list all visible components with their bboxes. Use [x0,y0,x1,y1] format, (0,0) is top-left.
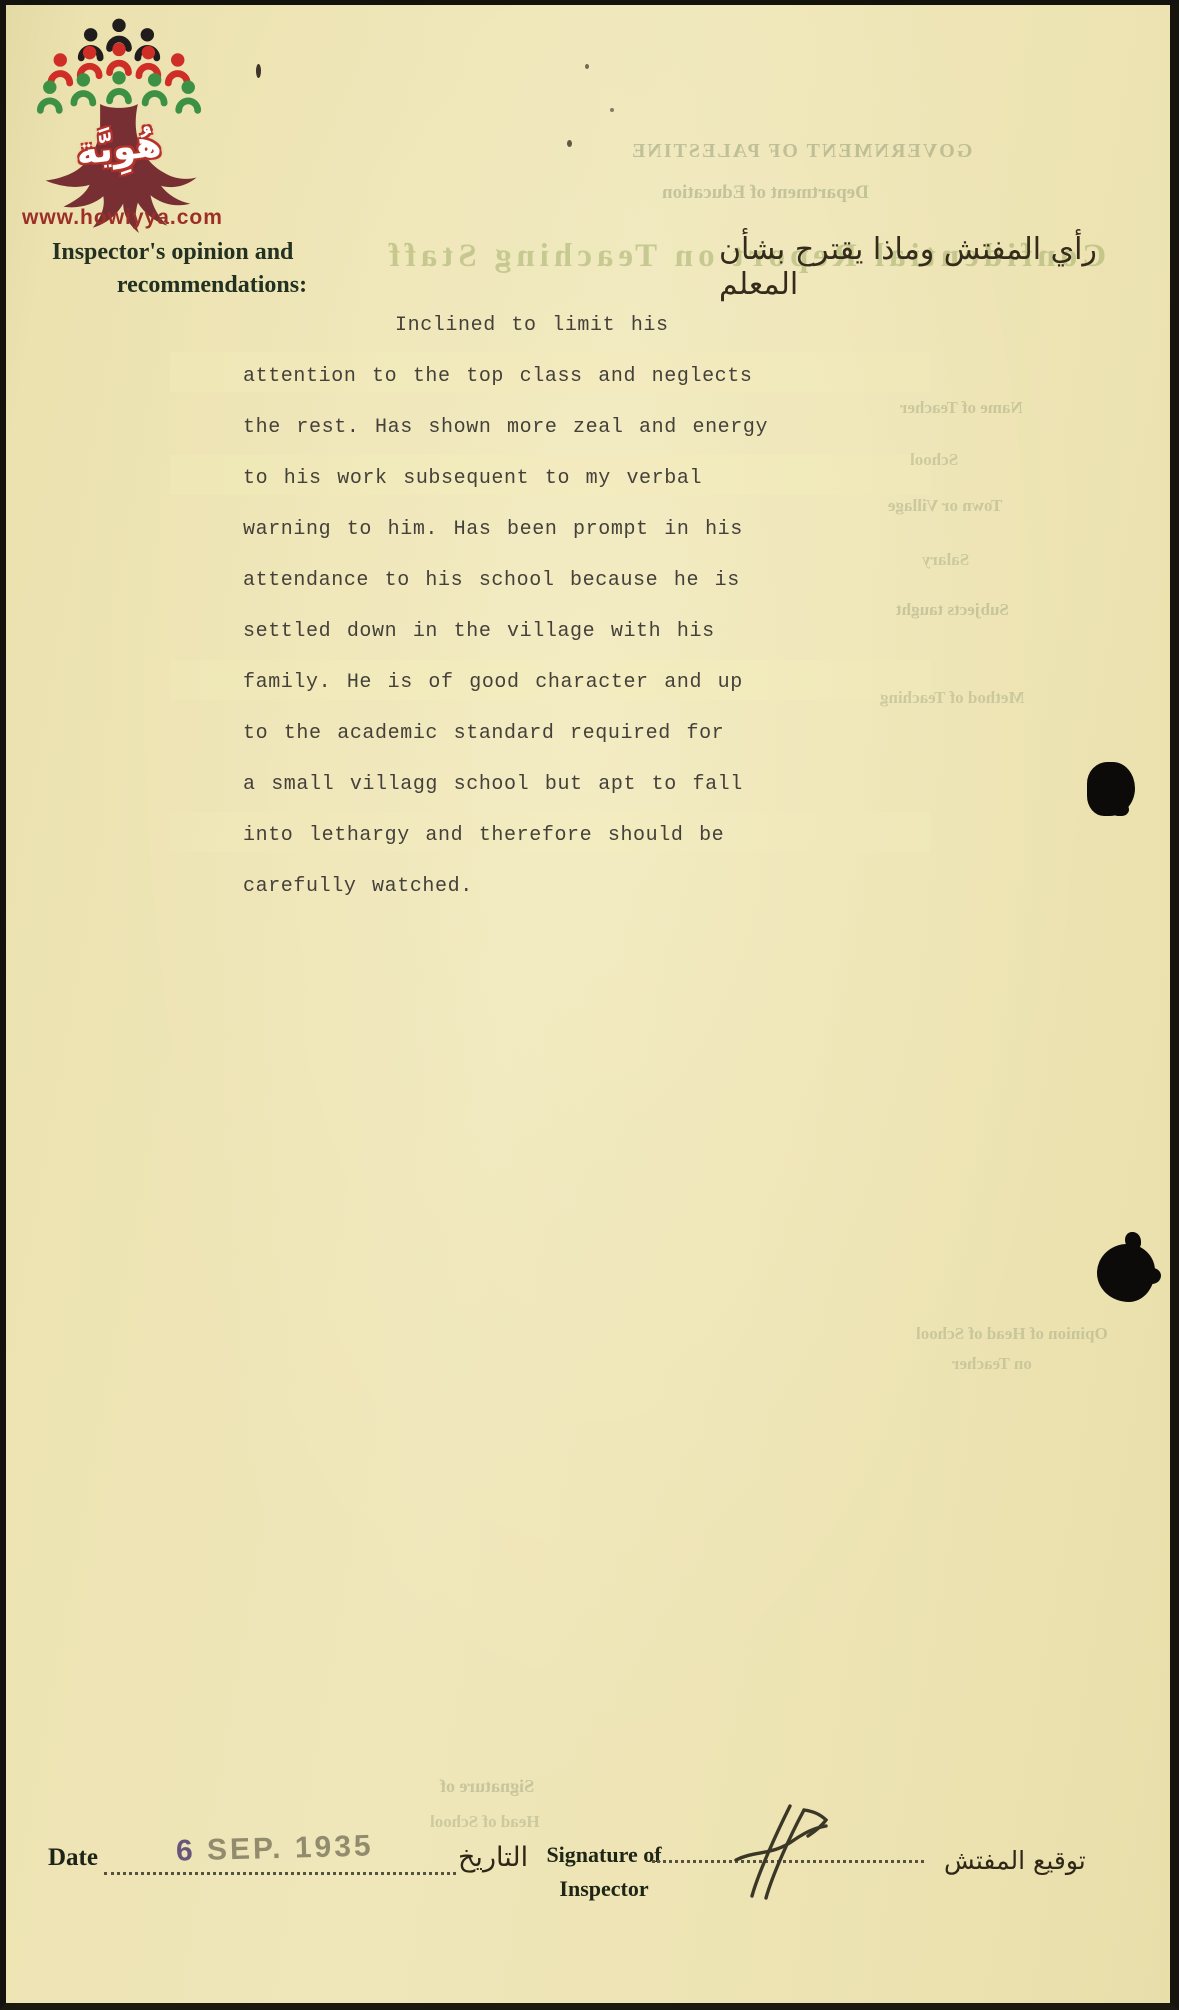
date-label: Date [48,1844,98,1872]
ghost-government-of-palestine: GOVERNMENT OF PALESTINE [630,140,972,163]
inspector-opinion-line1: Inspector's opinion and [52,236,372,269]
ghost-on-teacher: on Teacher [952,1354,1032,1374]
scan-speck [567,140,572,147]
scan-speck [585,64,589,69]
typed-line: settled down in the village with his [243,606,863,657]
ink-hole-mark-upper [1087,762,1135,816]
signature-label-line2: Inspector [536,1872,672,1906]
date-stamp-day: 6 [176,1834,197,1868]
signature-of-inspector-label-arabic: توقيع المفتش [944,1846,1086,1875]
date-stamp: 6 SEP. 1935 [176,1829,374,1868]
typed-line: warning to him. Has been prompt in his [243,504,863,555]
inspector-opinion-line2: recommendations: [52,269,372,302]
ghost-field-town-or-village: Town or Village [888,496,1002,516]
inspector-opinion-label-arabic: رأي المفتش وماذا يقترح بشأن المعلم [719,232,1139,302]
ghost-signature-of: Signature of [440,1776,534,1797]
date-label-arabic: التاريخ [458,1842,528,1873]
date-stamp-month-year: SEP. 1935 [207,1829,374,1866]
typed-line: Inclined to limit his [243,300,863,351]
inspector-opinion-label: Inspector's opinion and recommendations: [52,236,372,302]
inspector-signature-mark [716,1796,846,1906]
typed-line: attention to the top class and neglects [243,351,863,402]
typed-line: a small villagg school but apt to fall [243,759,863,810]
scan-speck [256,64,261,78]
ghost-field-name-of-teacher: Name of Teacher [900,398,1023,418]
ghost-field-school: School [910,450,958,470]
typed-line: the rest. Has shown more zeal and energy [243,402,863,453]
ghost-opinion-of-head: Opinion of Head of School [916,1324,1108,1344]
ghost-field-salary: Salary [922,550,969,570]
howiyya-watermark: هُوِيَّة www.howiyya.com [20,14,230,224]
ghost-field-method-of-teaching: Method of Teaching [880,688,1025,708]
typed-remarks: Inclined to limit his attention to the t… [243,300,863,912]
document-page: هُوِيَّة www.howiyya.com GOVERNMENT OF P… [0,0,1179,2010]
scan-speck [610,108,614,112]
typed-line: to the academic standard required for [243,708,863,759]
typed-line: carefully watched. [243,861,863,912]
ghost-department-of-education: Department of Education [662,182,869,204]
typed-line: into lethargy and therefore should be [243,810,863,861]
typed-line: to his work subsequent to my verbal [243,453,863,504]
date-dotted-line [104,1872,456,1875]
ink-hole-mark-lower [1097,1244,1155,1302]
typed-line: family. He is of good character and up [243,657,863,708]
signature-label-line1: Signature of [536,1838,672,1872]
ghost-head-of-school: Head of School [430,1812,540,1832]
signature-of-inspector-label: Signature of Inspector [536,1838,672,1906]
typed-line: attendance to his school because he is [243,555,863,606]
howiyya-url: www.howiyya.com [22,206,223,230]
ghost-field-subjects-taught: Subjects taught [896,600,1009,620]
howiyya-calligraphy: هُوِيَّة [74,122,163,174]
